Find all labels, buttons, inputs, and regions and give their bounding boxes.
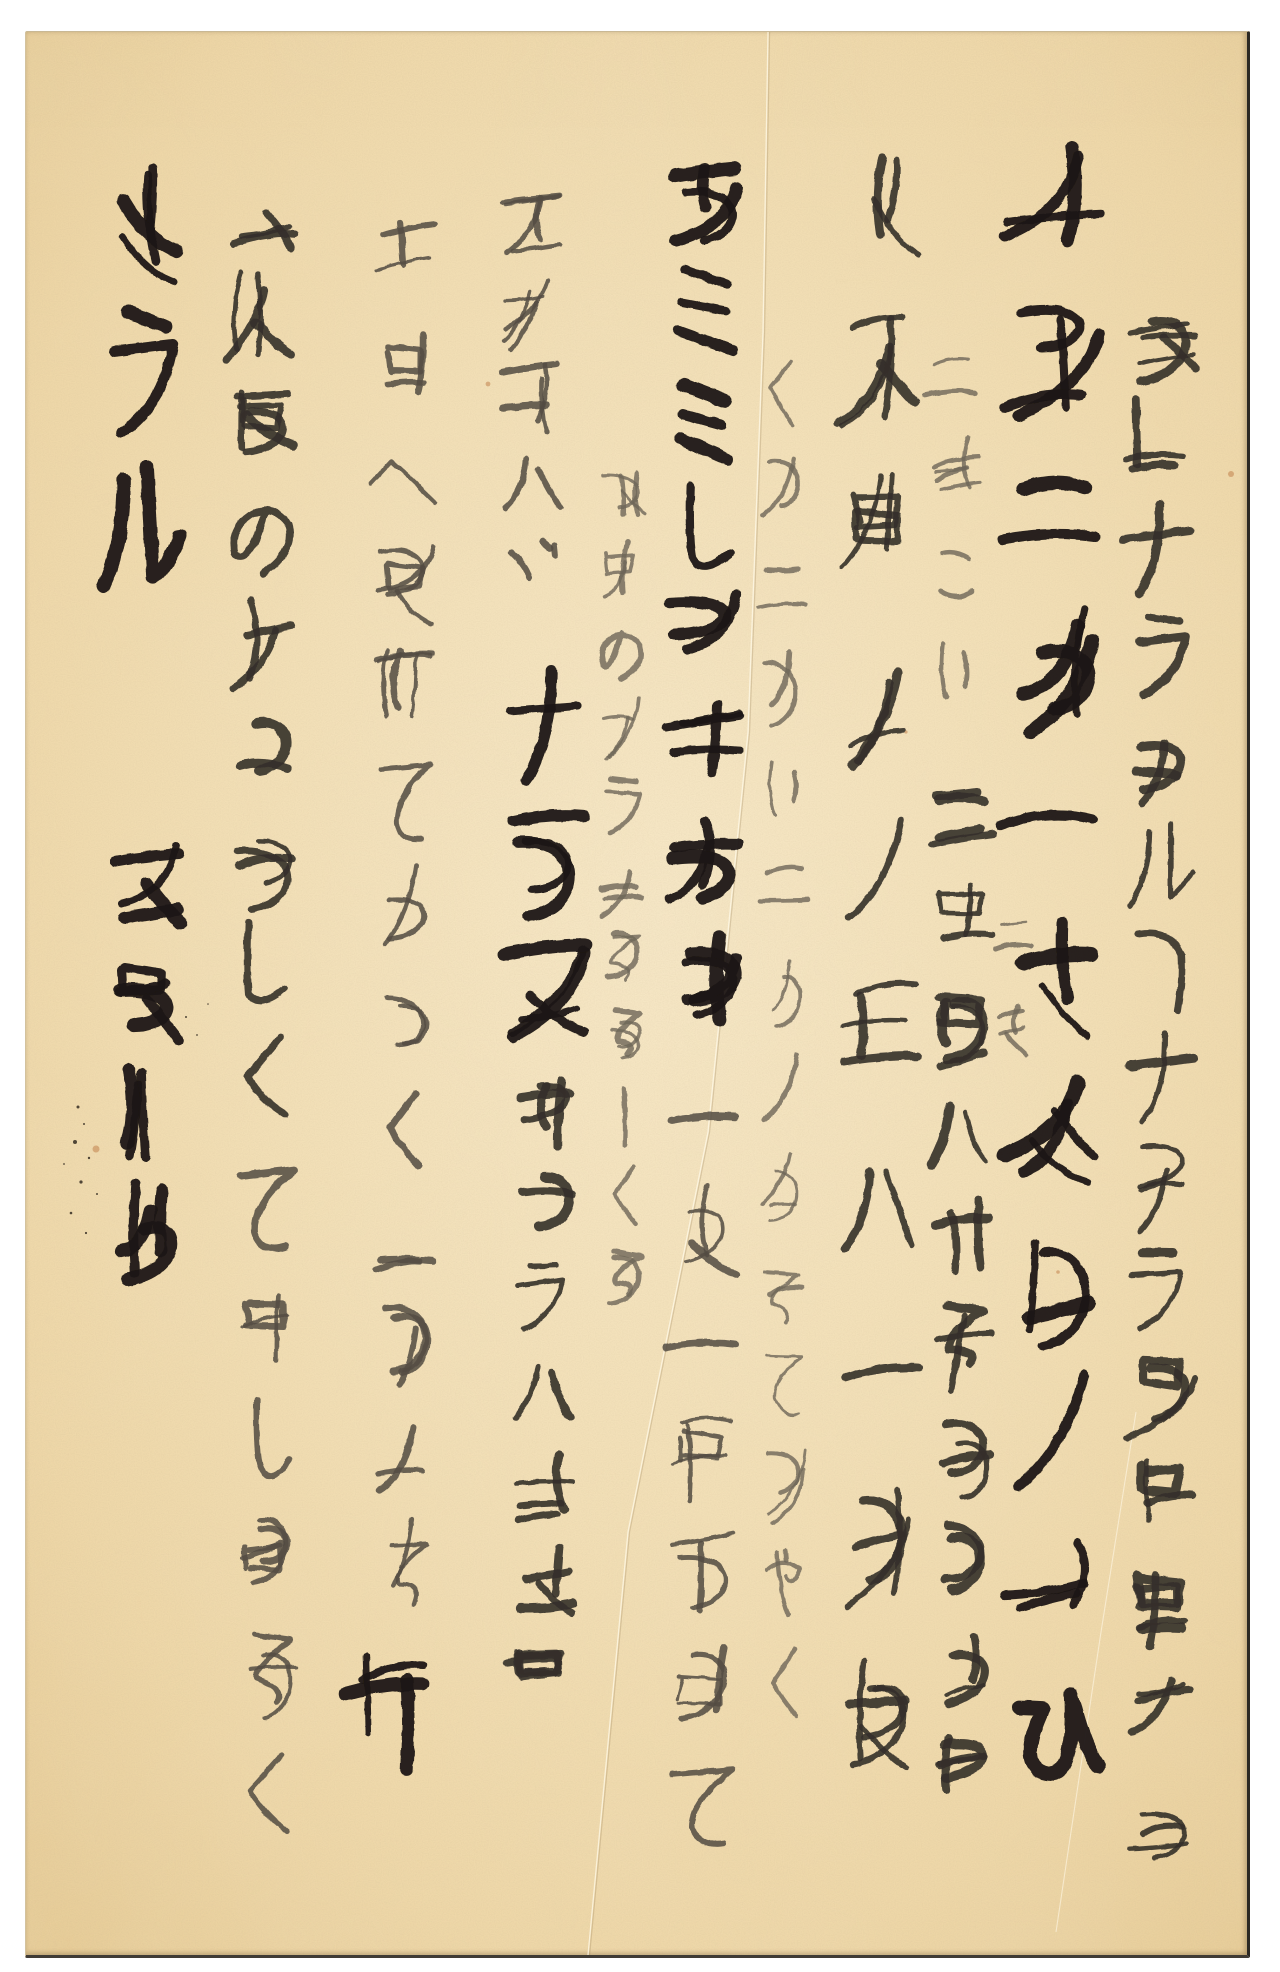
column-8-middle-text: ナホ餘 bbox=[501, 661, 591, 1051]
column-8-upper-text: 相成候ハヾ bbox=[494, 186, 564, 611]
column-5-text: くみ二そい二そノ論けてはやく bbox=[756, 341, 811, 1731]
column-1-text: 無理ナラザルヿナガラ南方氏爆発 bbox=[1119, 286, 1199, 1871]
column-2-annotation: 二讀 bbox=[993, 891, 1033, 1071]
column-4-text: 所論中異ノ論ハ一〓文 bbox=[835, 116, 923, 1791]
column-9-closing-character: 金 bbox=[342, 1641, 437, 1791]
date-line: 九月廿四 bbox=[106, 826, 181, 1291]
column-10-lower-text: て返し得べく bbox=[226, 1151, 301, 1851]
column-7-text: 同志のクラブかほーくに bbox=[594, 456, 649, 1311]
column-8-lower-text: 分アラハ図書部 bbox=[501, 1061, 581, 1721]
column-11-text: 賣ラル bbox=[94, 136, 189, 611]
column-6-upper-text: 右ミミしに賀古氏 bbox=[658, 141, 753, 1031]
column-9-text: 当方へ御来ておきくらぬれば bbox=[371, 201, 441, 1621]
column-10-upper-text: 岡本氏の件よろしく bbox=[223, 151, 303, 1131]
column-3-upper-text: 二条こい bbox=[926, 331, 981, 721]
postcard: 無理ナラザルヿナガラ南方氏爆発 南方二書一讀甚大ノ負ひ 二讀 二条こい 大抵手ハ… bbox=[25, 31, 1250, 1958]
column-6-lower-text: 一七一訪御来て bbox=[661, 1061, 741, 1861]
column-3-lower-text: 大抵手ハ郎ガヨキ手本 bbox=[924, 761, 999, 1821]
